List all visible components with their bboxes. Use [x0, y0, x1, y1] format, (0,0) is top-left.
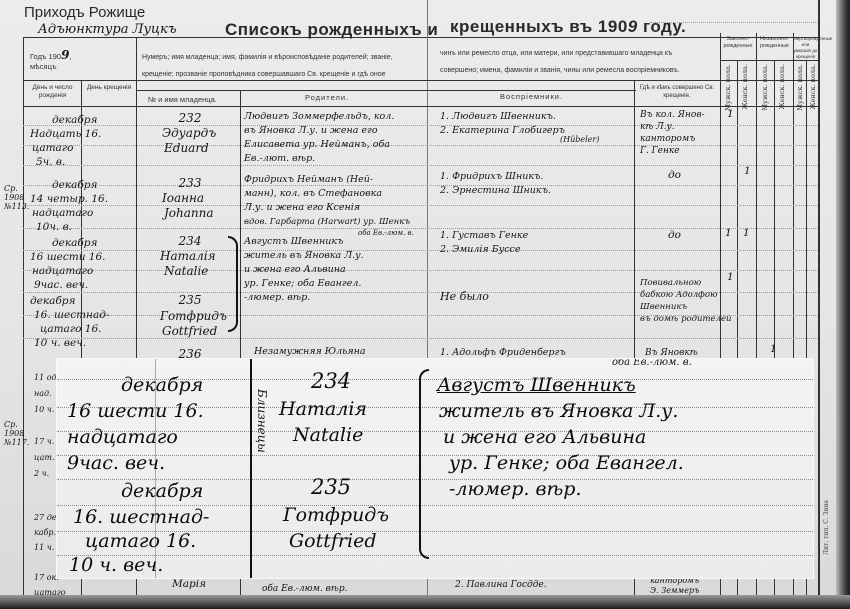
- guide-line: [23, 145, 818, 146]
- stat-stillborn-m: Мужск. пола.: [796, 64, 804, 111]
- margin-note-inset: Ср.1908№117.: [4, 420, 29, 447]
- inset-birth-time-234: 9час. веч.: [67, 451, 165, 475]
- birth-month: декабря: [30, 294, 75, 308]
- birth-day-cont: цатаго 16.: [40, 322, 101, 336]
- inset-parents-line-3: и жена его Альвина: [443, 425, 646, 449]
- stat-group-legit: Законно-рожденные: [720, 36, 756, 50]
- inset-parents-line-1: Августъ Швенникъ: [437, 373, 636, 397]
- guide-line: [23, 165, 818, 166]
- inset-parents-line-5: -люмер. вѣр.: [449, 477, 582, 501]
- group-desc-1-left: Нумеръ; имя младенца; имя, фамилія и вѣр…: [142, 54, 393, 61]
- parents-line: и жена его Альвина: [244, 263, 346, 277]
- group-desc-1-right: чинъ или ремесло отца, или матери, или п…: [440, 50, 672, 57]
- birth-day-cont: надцатаго: [32, 206, 93, 220]
- guide-line: [23, 205, 818, 206]
- inset-birth-day-cont-234: надцатаго: [67, 425, 178, 449]
- inset-name-de-234: Natalie: [293, 423, 363, 447]
- stat-illegit-m: Мужск. пола.: [761, 64, 769, 111]
- stat-group-divider: [720, 60, 818, 61]
- bottom-where: канторомъЭ. Земмеръ: [650, 576, 699, 596]
- inset-parents-brace: [419, 369, 429, 559]
- title-prefix: крещенныхъ въ 190: [450, 17, 628, 36]
- parents-line: ур. Генке; оба Евангел.: [244, 277, 361, 291]
- header-bottom: [23, 106, 818, 107]
- inset-name-ru-234: Наталія: [279, 397, 367, 421]
- inset-birth-day-235: 16. шестнад-: [73, 505, 209, 529]
- parents-line: -люмер. вѣр.: [244, 291, 310, 305]
- stat-illegit-f: Женск. пола.: [778, 64, 786, 110]
- stat-legit-f: Женск. пола.: [741, 64, 749, 110]
- parish-label: Приходъ Рожище: [24, 4, 145, 21]
- inset-margin-notes: 11 однад.10 ч. 17 ч.цат.2 ч.: [34, 370, 57, 482]
- inset-parents-line-4: ур. Генке; оба Евангел.: [449, 451, 684, 475]
- twins-brace: [228, 236, 238, 332]
- inset-col-line: [250, 359, 252, 578]
- parents-line: Ев.-лют. вѣр.: [244, 152, 315, 166]
- parents-line: Августъ Швенникъ: [244, 235, 343, 249]
- register-page: Приходъ Рожище Адъюнктура Луцкъ Списокъ …: [0, 0, 838, 600]
- tally-legit-m: 1: [727, 270, 734, 284]
- godparent-2: 2. Эрнестина Шникъ.: [440, 184, 551, 198]
- parents-line: Л.у. и жена его Ксенія: [244, 201, 360, 215]
- child-name-ru: Готфридъ: [160, 309, 227, 323]
- inset-birth-time-235: 10 ч. веч.: [69, 553, 163, 577]
- frame-left: [23, 37, 24, 597]
- inset-birth-month-235: декабря: [121, 479, 203, 503]
- parents-line: житель въ Яновка Л.у.: [244, 249, 364, 263]
- guide-line: [23, 228, 818, 229]
- frame-right: [818, 0, 820, 600]
- guide-line: [23, 185, 818, 186]
- inset-guide: [57, 455, 813, 456]
- godparent-1: 1. Людвигъ Швенникъ.: [440, 110, 556, 124]
- child-name-ru: Іоанна: [162, 191, 204, 205]
- godparent-1: 1. Густавъ Генке: [440, 229, 528, 243]
- parents-line: Людвигъ Зоммерфельдъ, кол.: [244, 110, 394, 124]
- guide-line: [23, 270, 818, 271]
- inset-birth-month-234: декабря: [121, 373, 203, 397]
- child-name-de: Gottfried: [162, 324, 217, 338]
- stat-stillborn-f: Женск. пола.: [809, 64, 817, 110]
- godparent-1: 1. Адольфъ Фриденбергъ: [440, 346, 566, 360]
- scan-edge-right: [836, 0, 850, 609]
- birth-day: Надцать 16.: [30, 127, 101, 141]
- stat-group-illegit: Незаконно-рожденные: [756, 36, 793, 50]
- birth-day-cont: надцатаго: [32, 264, 93, 278]
- parents-line: Фридрихъ Нейманъ (Ней-: [244, 173, 373, 187]
- title-flourish: [650, 22, 820, 25]
- where-ditto: до: [668, 168, 681, 182]
- birth-month: декабря: [52, 236, 97, 250]
- entry-number: 234: [160, 234, 220, 248]
- col-baptism-day: День крещенія: [83, 84, 135, 92]
- godparent-2: 2. Екатерина Глобигеръ: [440, 124, 565, 138]
- entry-number: 235: [160, 293, 220, 307]
- tally-legit-m: 1: [727, 107, 734, 121]
- parents-note: оба Ев.-люм. в.: [358, 226, 414, 240]
- inset-guide: [57, 555, 813, 556]
- child-name-ru: Наталія: [160, 249, 216, 263]
- child-name-de: Johanna: [164, 206, 214, 220]
- child-name-ru: Эдуардъ: [162, 126, 216, 140]
- godparents-none: Не было: [440, 290, 489, 304]
- inset-number-235: 235: [281, 475, 381, 499]
- birth-time: 10 ч. веч.: [34, 336, 86, 350]
- godparent-2-alt: (Hübeler): [560, 133, 599, 147]
- inset-parents-line-2: житель въ Яновка Л.у.: [439, 399, 678, 423]
- where-line: Г. Генке: [640, 144, 680, 158]
- birth-day: 14 четыр. 16.: [30, 192, 108, 206]
- inset-birth-day-234: 16 шести 16.: [67, 399, 204, 423]
- parents-line: Елисавета ур. Нейманъ, оба: [244, 138, 390, 152]
- birth-day: 16 шести 16.: [30, 250, 106, 264]
- stat-legit-m: Мужск. пола.: [724, 64, 732, 111]
- group-desc-2-right: совершено; имена, фамиліи и званія, чины…: [440, 67, 680, 74]
- guide-line: [23, 125, 818, 126]
- title-year-digit: 9: [628, 17, 638, 36]
- birth-time: 10ч. в.: [36, 220, 72, 234]
- group-desc-2-left: крещеніе; прозваніе проповѣдника соверша…: [142, 71, 385, 78]
- tally-illegit-f: 1: [770, 342, 777, 356]
- col-birth-day: День и число рожденія: [25, 84, 80, 100]
- parish-name: Адъюнктура Луцкъ: [38, 22, 176, 37]
- birth-month: декабря: [52, 113, 97, 127]
- frame-top: [23, 37, 818, 38]
- printer-note: Лит. тип. С. Зина: [823, 500, 830, 555]
- magnified-inset: декабря 16 шести 16. надцатаго 9час. веч…: [57, 359, 813, 578]
- where-line: Въ Яновкѣ: [645, 346, 698, 360]
- birth-day-cont: цатаго: [32, 141, 73, 155]
- guide-line: [23, 338, 818, 339]
- header-divider: [23, 80, 818, 81]
- inset-name-de-235: Gottfried: [289, 529, 377, 553]
- guide-line: [23, 250, 818, 251]
- month-label: мѣсяцъ: [30, 62, 57, 71]
- tally-legit-m: 1: [725, 226, 732, 240]
- entry-number: 232: [160, 111, 220, 125]
- title-suffix: году.: [638, 17, 686, 36]
- col-where: Гдѣ и кѣмъ совершено Св. крещеніе.: [636, 84, 718, 100]
- col-godparents: Воспріемники.: [500, 92, 563, 101]
- col-parents: Родители.: [305, 93, 349, 102]
- tally-legit-f: 1: [743, 226, 750, 240]
- bottom-parents: оба Ев.-люм. вѣр.: [262, 582, 348, 596]
- child-name-de: Eduard: [164, 141, 209, 155]
- birth-time: 5ч. в.: [36, 155, 65, 169]
- child-name-de: Natalie: [164, 264, 208, 278]
- parents-line: манн), кол. въ Стефановка: [244, 187, 382, 201]
- inset-name-ru-235: Готфридъ: [283, 503, 389, 527]
- birth-time: 9час. веч.: [34, 278, 88, 292]
- godparent-2: 2. Эмилія Буссе: [440, 243, 521, 257]
- subheader-line-left: [136, 90, 636, 91]
- margin-note: Ср.1908№113.: [4, 184, 29, 211]
- where-ditto: до: [668, 228, 681, 242]
- inset-parents-note: оба Ев.-люм. в.: [612, 359, 692, 368]
- year-label: Годъ 1909,: [30, 48, 72, 62]
- parents-line: Незамужняя Юльяна: [254, 345, 366, 359]
- scan-edge-bottom: [0, 595, 850, 609]
- inset-birth-day-cont-235: цатаго 16.: [85, 529, 196, 553]
- bottom-child-name: Марія: [172, 577, 206, 591]
- col-number-name: № и имя младенца.: [148, 95, 217, 104]
- inset-number-234: 234: [281, 369, 381, 393]
- bottom-godparent: 2. Павлина Госдде.: [455, 578, 547, 592]
- where-line: въ домѣ родителей: [640, 312, 732, 326]
- tally-legit-f: 1: [744, 164, 751, 178]
- stat-group-stillborn: Мертворожденные или умершіе до крещенія: [793, 36, 818, 60]
- register-title-right: крещенныхъ въ 1909 году.: [450, 17, 686, 37]
- entry-number: 233: [160, 176, 220, 190]
- inset-twins-note: Близнецы: [255, 389, 269, 453]
- birth-month: декабря: [52, 178, 97, 192]
- parents-line: въ Яновка Л.у. и жена его: [244, 124, 378, 138]
- godparent-1: 1. Фридрихъ Шникъ.: [440, 170, 543, 184]
- birth-day: 16. шестнад-: [34, 308, 109, 322]
